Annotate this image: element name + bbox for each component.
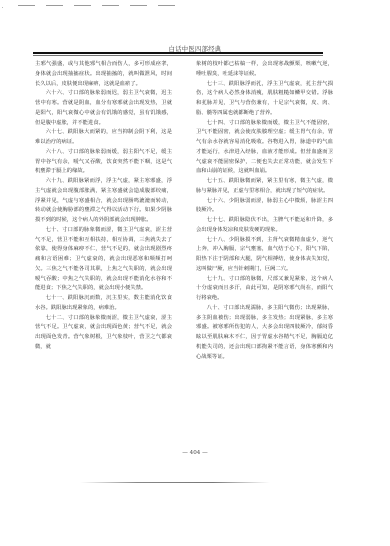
numbered-paragraph: 八十、寸口部出现濡脉，多主阳气微伤；出现紧脉，多主阴血被伤；出现弱脉，多主发热；…: [196, 304, 333, 363]
right-text-column: 象树的枝叶都已枯槁一样，会出现寒战颤栗，咳嗽气逆，唾吐腥臭，吐延沫等证候。七十三…: [196, 60, 333, 362]
numbered-paragraph: 七十三、跌阳脉浮而芤，浮主卫气虚衰，芤主营气损伤，这个病人必然身体消瘦，肌肤粗糙…: [196, 80, 333, 119]
numbered-paragraph: 七十五、跌阳脉微而紧，紧主里有寒，微主气虚，微脉与紧脉并见，正虚与里寒相合，就出…: [196, 177, 333, 197]
footer-scan-rule: [80, 482, 270, 483]
numbered-paragraph: 七十六、少阴脉弱而涩，脉弱主心中微烦，脉涩主四肢厥冷。: [196, 197, 333, 217]
continued-paragraph: 主邪气强盛，或与其他邪气相合而伤人，多可形成痉挛，身体就会出现抽搐症状。出现抽搐…: [35, 60, 172, 89]
numbered-paragraph: 七十九、寸口部的脉微，尺部又兼见紧象，这个病人十分虚衰而且多汗，由此可知，是阴寒…: [196, 275, 333, 304]
scan-speck: [2, 7, 3, 8]
numbered-paragraph: 七十一、跌阳脉沉而数，沉主里实，数主能消化饮食水谷。跌阳脉出现紧象的，病难治。: [35, 294, 172, 314]
numbered-paragraph: 六十八、寸口部的脉象弱而缓，弱主阳气不足，缓主胃中谷气有余，嗳气又吞酸，饮食突然…: [35, 148, 172, 177]
left-text-column: 主邪气强盛，或与其他邪气相合而伤人，多可形成痉挛，身体就会出现抽搐症状。出现抽搐…: [35, 60, 172, 353]
page-number: — 404 —: [0, 450, 390, 456]
numbered-paragraph: 七十七、跌阳脉隐伏不出，主脾气不能运和升降，多会出现身体发凉和皮肤发硬的现象。: [196, 216, 333, 236]
header-rule: [33, 52, 323, 54]
scan-margin-marks: [18, 5, 175, 6]
continued-paragraph: 象树的枝叶都已枯槁一样，会出现寒战颤栗，咳嗽气逆，唾吐腥臭，吐延沫等证候。: [196, 60, 333, 80]
numbered-paragraph: 六十六、寸口部的脉象弱而迟，弱主卫气衰微，迟主营中有寒。营就是阴血，血分有寒邪就…: [35, 89, 172, 128]
numbered-paragraph: 七十四、寸口部的脉象微而缓，微主卫气不能固密，卫气不能固密，就会使皮肤腠理空虚；…: [196, 119, 333, 178]
numbered-paragraph: 七十二、寸口部的脉象微而涩，微主卫气虚衰，涩主营气不足。卫气虚衰，就会出现面色黄…: [35, 314, 172, 353]
header-rule-thin: [33, 55, 323, 56]
numbered-paragraph: 七十、寸口部的脉象微而涩，微主卫气虚衰，涩主营气不足，营卫不能和互相扶持，相互协…: [35, 226, 172, 294]
numbered-paragraph: 六十七、跌阳脉大而紧的，应当抑制会阴下利，这是难以治疗的病证。: [35, 128, 172, 148]
numbered-paragraph: 六十九、跌阳脉紧而浮，浮主气虚，紧主寒邪盛，浮主气虚就会出现腹部胀满，紧主寒盛就…: [35, 177, 172, 226]
numbered-paragraph: 七十八、少阴脉摸不到，主肾气衰微精血虚少，逆气上奔，冲入胸膈，宗气壅塞，血气结于…: [196, 236, 333, 275]
